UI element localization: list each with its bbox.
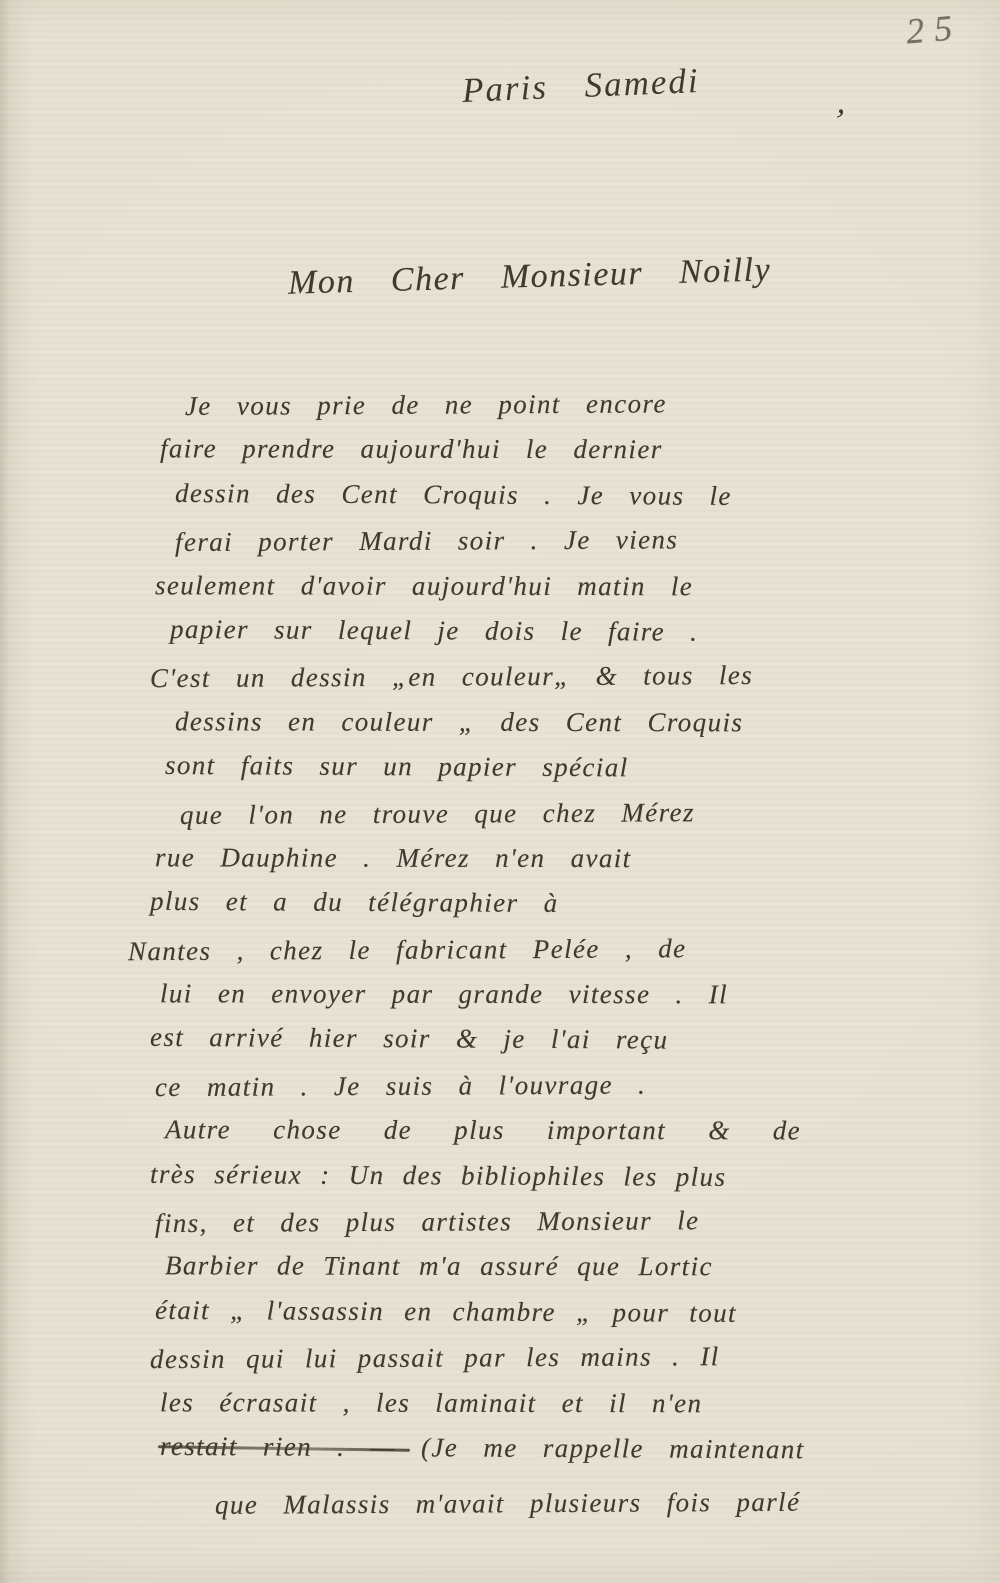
dateline-comma-flourish: , [835,84,849,123]
dateline: Paris Samedi [461,61,700,111]
page-number: 25 [904,6,963,53]
handwritten-line: seulement d'avoir aujourd'hui matin le [150,563,970,610]
handwritten-line: plus et a du télégraphier à [150,879,970,929]
handwritten-line: les écrasait , les laminait et il n'en [150,1380,970,1427]
handwritten-line: que Malassis m'avait plusieurs fois parl… [150,1479,970,1529]
letter-body: Je vous prie de ne point encore faire pr… [150,382,970,1527]
salutation: Mon Cher Monsieur Noilly [288,251,772,302]
handwritten-line: dessin qui lui passait par les mains . I… [150,1333,970,1383]
handwritten-line: dessin des Cent Croquis . Je vous le [150,471,970,521]
handwritten-line: très sérieux : Un des bibliophiles les p… [150,1151,970,1201]
handwritten-line: Barbier de Tinant m'a assuré que Lortic [150,1244,970,1291]
handwritten-line: Autre chose de plus important & de [150,1108,970,1155]
handwritten-line: est arrivé hier soir & je l'ai reçu [150,1015,970,1065]
manuscript-letter-page: 25 Paris Samedi , Mon Cher Monsieur Noil… [0,0,1000,1583]
handwritten-line: papier sur lequel je dois le faire . [150,607,970,657]
handwritten-line: sont faits sur un papier spécial [150,743,970,793]
handwritten-line: Je vous prie de ne point encore [150,380,970,430]
handwritten-line: dessins en couleur „ des Cent Croquis [150,699,970,746]
handwritten-line: lui en envoyer par grande vitesse . Il [150,971,970,1018]
handwritten-line: Nantes , chez le fabricant Pelée , de [128,924,970,974]
handwritten-line: faire prendre aujourd'hui le dernier [150,427,970,474]
handwritten-line: C'est un dessin „en couleur„ & tous les [150,652,970,702]
handwritten-line: était „ l'assassin en chambre „ pour tou… [150,1288,970,1338]
handwritten-line: que l'on ne trouve que chez Mérez [150,788,970,838]
handwritten-line: rue Dauphine . Mérez n'en avait [150,835,970,882]
handwritten-line: ferai porter Mardi soir . Je viens [150,516,970,566]
handwritten-line: ce matin . Je suis à l'ouvrage . [150,1061,970,1111]
handwritten-line: fins, et des plus artistes Monsieur le [150,1197,970,1247]
